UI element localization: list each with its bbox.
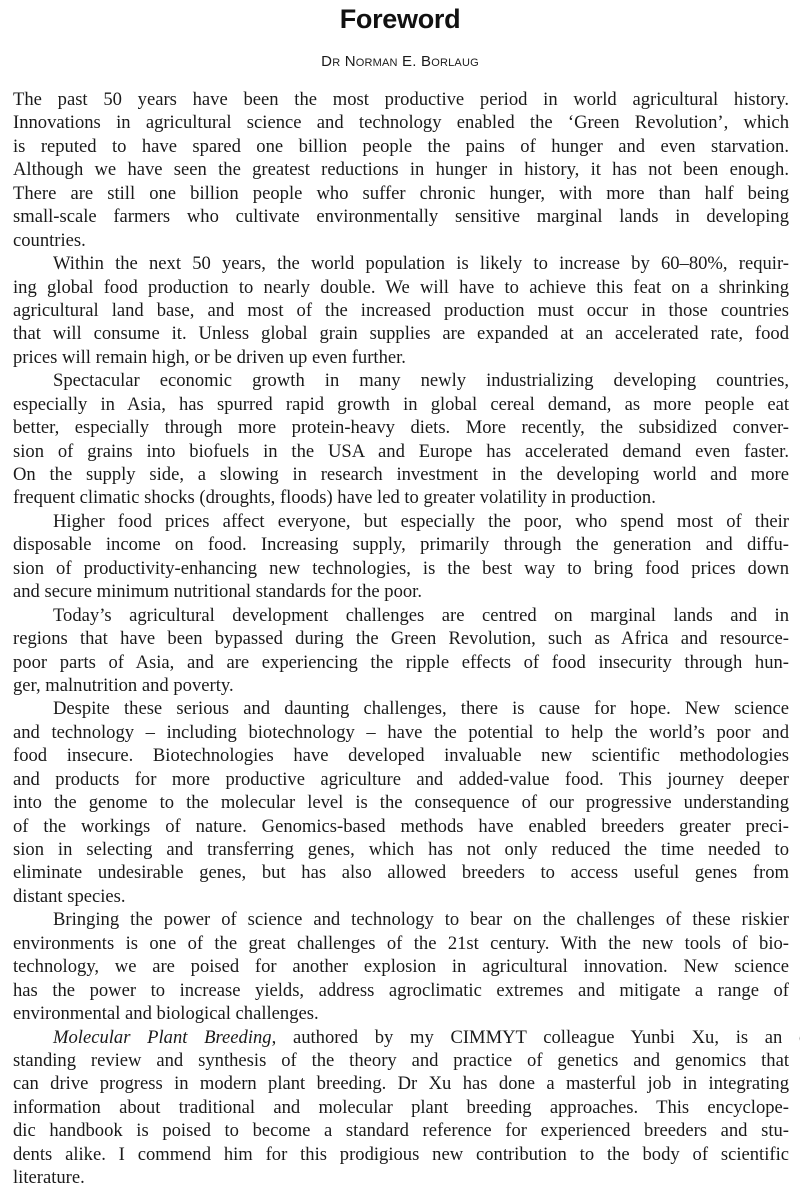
text-line: into the genome to the molecular level i…: [13, 791, 789, 814]
book-title: Molecular Plant Breeding: [53, 1027, 272, 1048]
text-line: There are still one billion people who s…: [13, 182, 789, 205]
author-byline: Dr Norman E. Borlaug: [0, 52, 800, 72]
paragraph-4: Higher food prices affect everyone, but …: [13, 510, 789, 604]
paragraph-5: Today’s agricultural development challen…: [13, 604, 789, 698]
text-line: Spectacular economic growth in many newl…: [13, 369, 789, 392]
foreword-body: The past 50 years have been the most pro…: [13, 88, 789, 1186]
text-line: especially in Asia, has spurred rapid gr…: [13, 393, 789, 416]
text-line: countries.: [13, 229, 789, 252]
text-line: literature.: [13, 1166, 789, 1186]
text-line: food insecure. Biotechnologies have deve…: [13, 744, 789, 767]
text-line: Innovations in agricultural science and …: [13, 111, 789, 134]
text-line: ing global food production to nearly dou…: [13, 276, 789, 299]
text-line: agricultural land base, and most of the …: [13, 299, 789, 322]
text-line: has the power to increase yields, addres…: [13, 979, 789, 1002]
text-line: Today’s agricultural development challen…: [13, 604, 789, 627]
text-line: The past 50 years have been the most pro…: [13, 88, 789, 111]
text-line: Despite these serious and daunting chall…: [13, 697, 789, 720]
text-line: eliminate undesirable genes, but has als…: [13, 861, 789, 884]
text-line: Bringing the power of science and techno…: [13, 908, 789, 931]
text-line: that will consume it. Unless global grai…: [13, 322, 789, 345]
text-line: ger, malnutrition and poverty.: [13, 674, 789, 697]
text-line: and secure minimum nutritional standards…: [13, 580, 789, 603]
text-line: frequent climatic shocks (droughts, floo…: [13, 486, 789, 509]
text-line: Higher food prices affect everyone, but …: [13, 510, 789, 533]
text-line: Within the next 50 years, the world popu…: [13, 252, 789, 275]
paragraph-7: Bringing the power of science and techno…: [13, 908, 789, 1025]
text-line: distant species.: [13, 885, 789, 908]
page-title: Foreword: [0, 2, 800, 36]
text-line: technology, we are poised for another ex…: [13, 955, 789, 978]
text-line: dents alike. I commend him for this prod…: [13, 1143, 789, 1166]
text-line: Although we have seen the greatest reduc…: [13, 158, 789, 181]
text-line: sion of grains into biofuels in the USA …: [13, 440, 789, 463]
text-line: small-scale farmers who cultivate enviro…: [13, 205, 789, 228]
text-line: poor parts of Asia, and are experiencing…: [13, 651, 789, 674]
text-span: , authored by my CIMMYT colleague Yunbi …: [272, 1027, 800, 1048]
paragraph-2: Within the next 50 years, the world popu…: [13, 252, 789, 369]
text-line: sion of productivity-enhancing new techn…: [13, 557, 789, 580]
text-line: is reputed to have spared one billion pe…: [13, 135, 789, 158]
text-line: sion in selecting and transferring genes…: [13, 838, 789, 861]
text-line: better, especially through more protein-…: [13, 416, 789, 439]
foreword-page: Foreword Dr Norman E. Borlaug The past 5…: [0, 0, 800, 1186]
text-line: environmental and biological challenges.: [13, 1002, 789, 1025]
paragraph-6: Despite these serious and daunting chall…: [13, 697, 789, 908]
text-line: disposable income on food. Increasing su…: [13, 533, 789, 556]
text-line: On the supply side, a slowing in researc…: [13, 463, 789, 486]
text-line: Molecular Plant Breeding, authored by my…: [13, 1026, 800, 1049]
text-line: standing review and synthesis of the the…: [13, 1049, 789, 1072]
paragraph-3: Spectacular economic growth in many newl…: [13, 369, 789, 510]
text-line: and products for more productive agricul…: [13, 768, 789, 791]
paragraph-8: Molecular Plant Breeding, authored by my…: [13, 1026, 789, 1186]
text-line: dic handbook is poised to become a stand…: [13, 1119, 789, 1142]
text-line: can drive progress in modern plant breed…: [13, 1072, 789, 1095]
text-line: of the workings of nature. Genomics-base…: [13, 815, 789, 838]
text-line: regions that have been bypassed during t…: [13, 627, 789, 650]
text-line: prices will remain high, or be driven up…: [13, 346, 789, 369]
paragraph-1: The past 50 years have been the most pro…: [13, 88, 789, 252]
text-line: information about traditional and molecu…: [13, 1096, 789, 1119]
text-line: and technology – including biotechnology…: [13, 721, 789, 744]
text-line: environments is one of the great challen…: [13, 932, 789, 955]
